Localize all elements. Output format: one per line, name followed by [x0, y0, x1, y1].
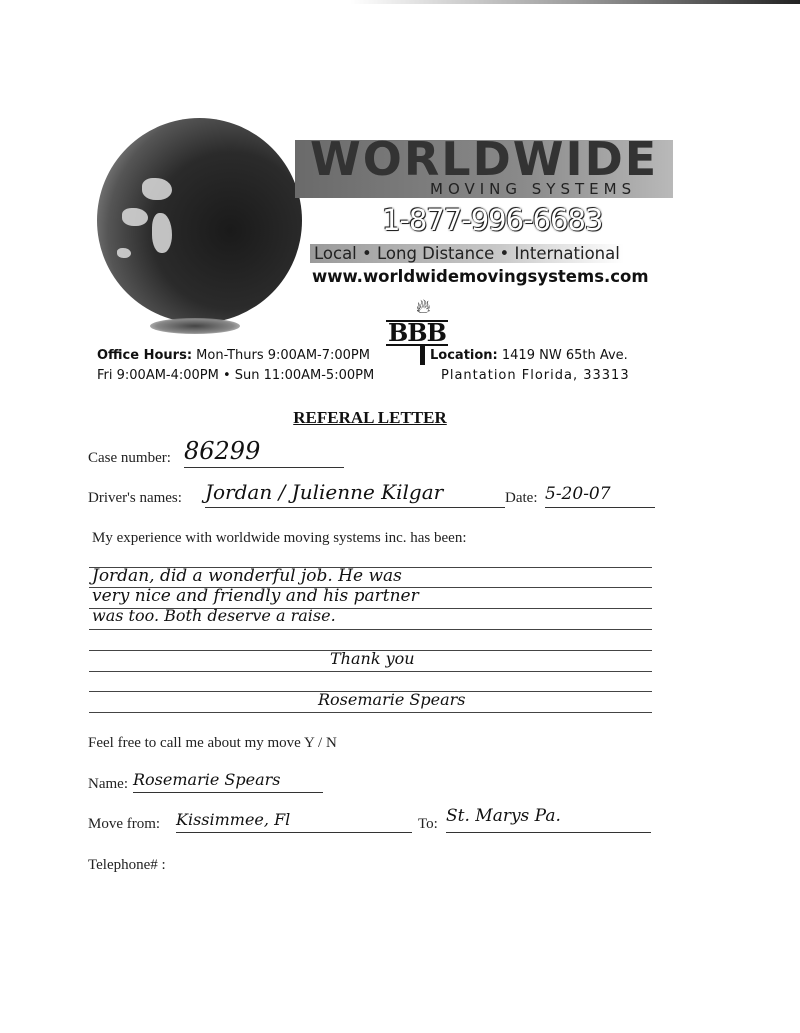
- ruled-line: [89, 671, 652, 672]
- move-to-field[interactable]: St. Marys Pa.: [446, 806, 651, 833]
- ruled-line: [89, 629, 652, 630]
- experience-line-1[interactable]: Jordan, did a wonderful job. He was: [92, 566, 402, 586]
- move-from-label: Move from:: [88, 816, 160, 833]
- brand-name: WORLDWIDE: [310, 136, 658, 182]
- globe-logo-icon: [97, 118, 302, 323]
- address-street: 1419 NW 65th Ave.: [502, 348, 628, 363]
- call-preference-prompt[interactable]: Feel free to call me about my move Y / N: [88, 735, 337, 752]
- experience-prompt: My experience with worldwide moving syst…: [92, 530, 467, 547]
- drivers-names-label: Driver's names:: [88, 490, 182, 507]
- ruled-line: [89, 712, 652, 713]
- experience-signature[interactable]: Rosemarie Spears: [318, 690, 465, 709]
- divider-bar: [420, 345, 425, 365]
- case-number-label: Case number:: [88, 450, 171, 467]
- office-hours-label: Office Hours:: [97, 348, 192, 363]
- office-hours-weekday: Mon-Thurs 9:00AM-7:00PM: [196, 348, 370, 363]
- date-label: Date:: [505, 490, 537, 507]
- drivers-names-field[interactable]: Jordan / Julienne Kilgar: [205, 480, 505, 508]
- telephone-label: Telephone# :: [88, 857, 166, 874]
- office-hours-line1: Office Hours: Mon-Thurs 9:00AM-7:00PM: [97, 348, 370, 363]
- experience-line-3[interactable]: was too. Both deserve a raise.: [92, 606, 336, 625]
- case-number-field[interactable]: 86299: [184, 437, 344, 468]
- services-tagline: Local • Long Distance • International: [310, 244, 624, 263]
- torch-icon: 🔥︎: [416, 297, 431, 317]
- telephone-field[interactable]: [185, 853, 385, 875]
- location-line1: Location: 1419 NW 65th Ave.: [430, 348, 628, 363]
- bbb-logo: BBB: [386, 320, 448, 346]
- move-from-field[interactable]: Kissimmee, Fl: [176, 810, 412, 833]
- experience-line-2[interactable]: very nice and friendly and his partner: [92, 586, 419, 606]
- scan-edge-artifact: [350, 0, 800, 4]
- name-field[interactable]: Rosemarie Spears: [133, 770, 323, 793]
- address-city: Plantation Florida, 33313: [441, 368, 630, 383]
- brand-subtitle: MOVING SYSTEMS: [430, 180, 636, 198]
- company-phone: 1-877-996-6683: [382, 203, 602, 237]
- name-label: Name:: [88, 776, 128, 793]
- globe-shadow: [150, 318, 240, 334]
- experience-closing[interactable]: Thank you: [330, 649, 415, 668]
- location-label: Location:: [430, 348, 498, 363]
- to-label: To:: [418, 816, 438, 833]
- date-field[interactable]: 5-20-07: [545, 484, 655, 508]
- office-hours-line2: Fri 9:00AM-4:00PM • Sun 11:00AM-5:00PM: [97, 368, 374, 383]
- form-title: REFERAL LETTER: [0, 408, 740, 428]
- company-website: www.worldwidemovingsystems.com: [312, 267, 649, 286]
